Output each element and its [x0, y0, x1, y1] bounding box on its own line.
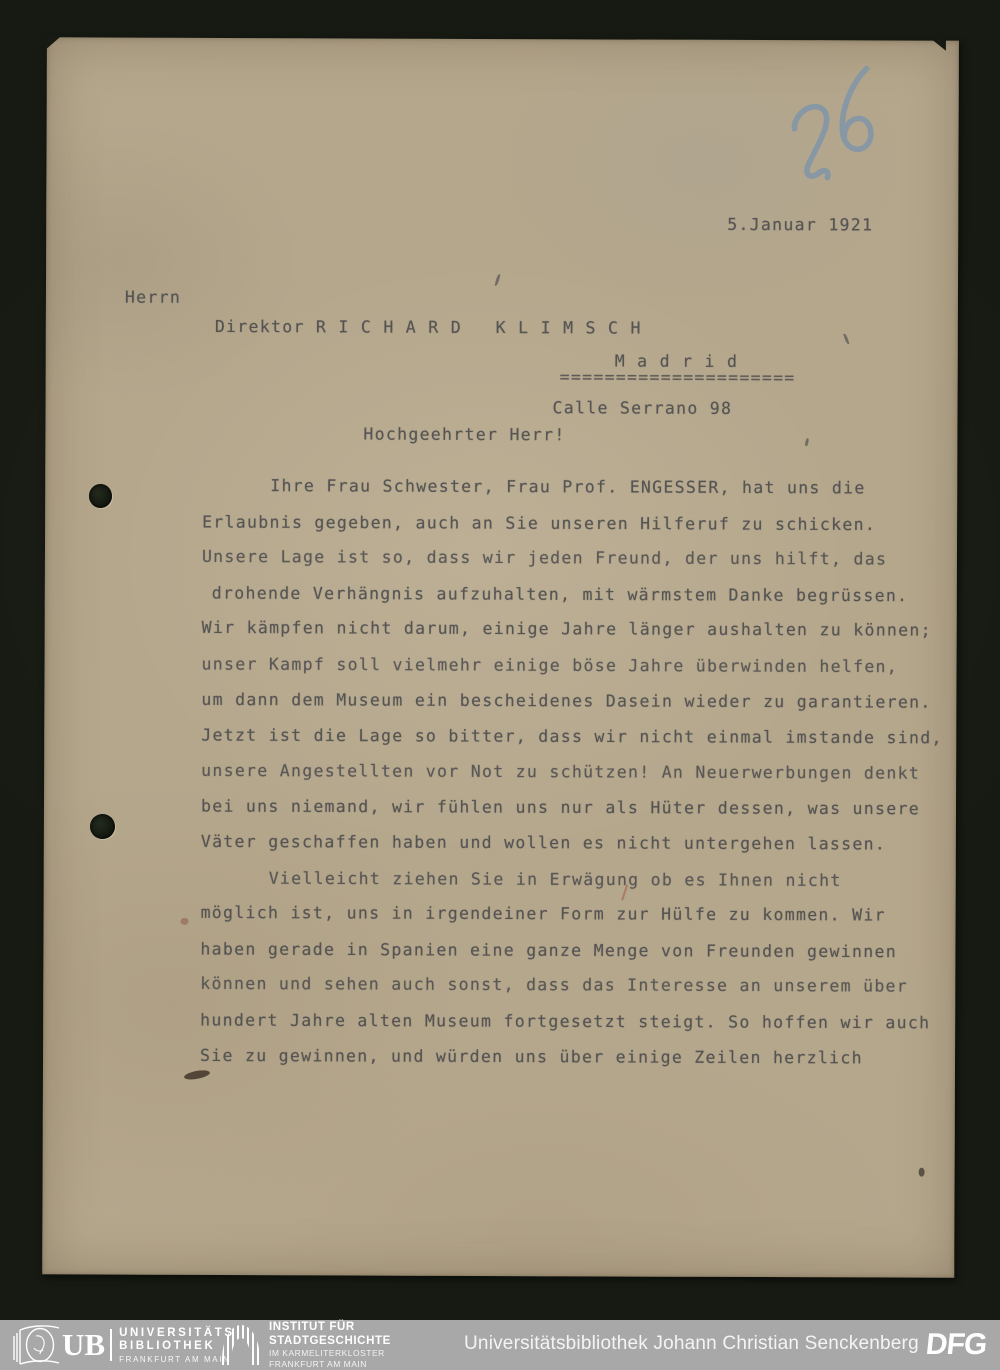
red-pencil-dot	[181, 918, 189, 925]
paper-corner-tear	[45, 35, 62, 50]
institut-line: STADTGESCHICHTE	[269, 1336, 391, 1348]
logo-divider	[110, 1329, 112, 1361]
body-line: Väter geschaffen haben und wollen es nic…	[201, 832, 943, 870]
institut-logo: INSTITUT FÜR STADTGESCHICHTE IM KARMELIT…	[222, 1324, 391, 1366]
letter-body: Ihre Frau Schwester, Frau Prof. ENGESSER…	[200, 476, 944, 1084]
ub-line: FRANKFURT AM MAIN	[119, 1356, 235, 1364]
stray-typewriter-mark	[805, 438, 810, 446]
body-line: unsere Angestellten vor Not zu schützen!…	[201, 761, 943, 799]
body-line: können und sehen auch sonst, dass das In…	[200, 974, 942, 1012]
ub-abbrev: UB	[62, 1325, 105, 1365]
body-line: um dann dem Museum ein bescheidenes Dase…	[201, 689, 943, 727]
body-line: möglich ist, uns in irgendeiner Form zur…	[200, 903, 942, 941]
karmeliterkloster-arches-icon	[222, 1325, 260, 1365]
institut-line: IM KARMELITERKLOSTER	[269, 1349, 391, 1358]
letter-date: 5.Januar 1921	[727, 217, 873, 234]
stray-typewriter-mark	[843, 333, 849, 344]
footer-bar: UB UNIVERSITÄTS BIBLIOTHEK FRANKFURT AM …	[0, 1320, 1000, 1370]
institut-line: FRANKFURT AM MAIN	[269, 1360, 391, 1369]
ub-line: BIBLIOTHEK	[119, 1341, 235, 1353]
dfg-logo: DFG	[924, 1328, 988, 1362]
body-line: drohende Verhängnis aufzuhalten, mit wär…	[202, 583, 944, 621]
ub-wordmark: UNIVERSITÄTS BIBLIOTHEK FRANKFURT AM MAI…	[119, 1326, 235, 1363]
institut-wordmark: INSTITUT FÜR STADTGESCHICHTE IM KARMELIT…	[269, 1321, 391, 1369]
body-line: Sie zu gewinnen, und würden uns über ein…	[200, 1045, 942, 1083]
body-line: Ihre Frau Schwester, Frau Prof. ENGESSER…	[202, 476, 944, 514]
ink-speck	[919, 1168, 925, 1177]
institut-line: INSTITUT FÜR	[269, 1322, 391, 1334]
handwritten-page-number	[760, 48, 905, 196]
letter-salutation: Hochgeehrter Herr!	[363, 427, 565, 444]
body-line: Unsere Lage ist so, dass wir jeden Freun…	[202, 547, 944, 585]
body-line: haben gerade in Spanien eine ganze Menge…	[200, 939, 942, 977]
city-underline: =====================	[560, 369, 796, 386]
body-line: Wir kämpfen nicht darum, einige Jahre lä…	[202, 618, 944, 656]
punch-hole-top	[89, 484, 112, 508]
stray-typewriter-mark	[495, 274, 501, 286]
body-line: Jetzt ist die Lage so bitter, dass wir n…	[201, 726, 943, 764]
ub-line: UNIVERSITÄTS	[119, 1328, 235, 1340]
addressee-street: Calle Serrano 98	[552, 400, 732, 417]
body-line: bei uns niemand, wir fühlen uns nur als …	[201, 797, 943, 835]
paper-edge-tear	[931, 39, 946, 51]
handwritten-26-strokes	[760, 48, 904, 191]
addressee-name: Direktor R I C H A R D K L I M S C H	[215, 319, 642, 337]
body-line: unser Kampf soll vielmehr einige böse Ja…	[201, 654, 943, 692]
scanned-letter-viewer: { "annotation": { "page_number": "26" },…	[0, 0, 1000, 1370]
letter-page: 5.Januar 1921 Herrn Direktor R I C H A R…	[42, 37, 959, 1277]
punch-hole-bottom	[90, 814, 115, 839]
book-portrait-icon	[12, 1324, 60, 1366]
ub-logo: UB UNIVERSITÄTS BIBLIOTHEK FRANKFURT AM …	[12, 1324, 235, 1366]
body-line: Vielleicht ziehen Sie in Erwägung ob es …	[201, 868, 943, 906]
body-line: Erlaubnis gegeben, auch an Sie unseren H…	[202, 512, 944, 550]
library-name-label: Universitätsbibliothek Johann Christian …	[464, 1333, 919, 1355]
body-line: hundert Jahre alten Museum fortgesetzt s…	[200, 1010, 942, 1048]
addressee-intro: Herrn	[125, 290, 181, 307]
